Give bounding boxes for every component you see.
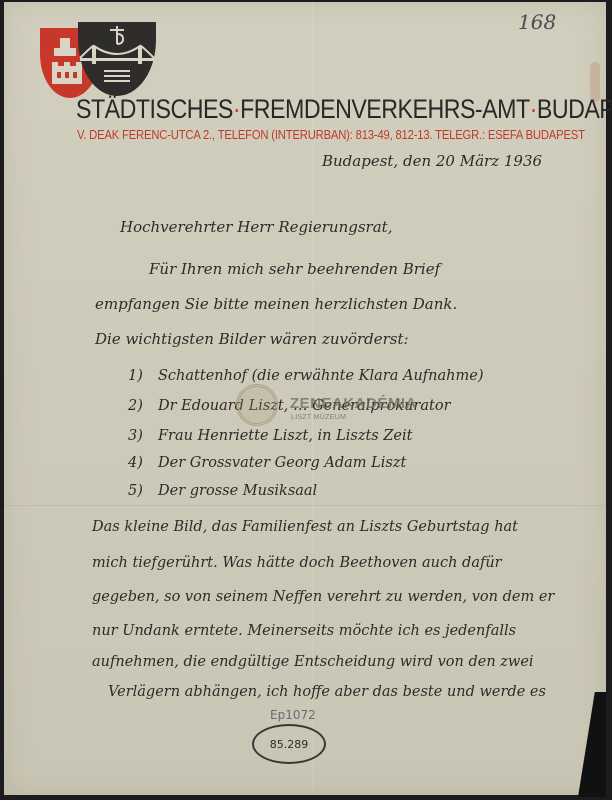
folio-number: 168: [518, 10, 556, 34]
list-item: 3)Frau Henriette Liszt, in Liszts Zeit: [128, 428, 412, 444]
torn-corner: [578, 692, 606, 797]
paragraph-line: Das kleine Bild, das Familienfest an Lis…: [92, 519, 518, 535]
paragraph-line: empfangen Sie bitte meinen herzlichsten …: [95, 295, 457, 313]
list-number: 2): [128, 398, 158, 414]
list-text: Der grosse Musiksaal: [158, 483, 317, 499]
list-item: 4)Der Grossvater Georg Adam Liszt: [128, 455, 406, 471]
watermark-title: ZENEAKADÉMIA: [290, 395, 417, 412]
list-item: 5)Der grosse Musiksaal: [128, 483, 317, 499]
letterhead-separator: ·: [233, 94, 240, 124]
list-number: 3): [128, 428, 158, 444]
archive-stamp-number: 85.289: [270, 738, 309, 751]
watermark-subtitle: LISZT MÚZEUM: [291, 414, 346, 421]
letterhead-separator: ·: [530, 94, 537, 124]
list-item: 1)Schattenhof (die erwähnte Klara Aufnah…: [128, 368, 483, 384]
paragraph-line: gegeben, so von seinem Neffen verehrt zu…: [92, 589, 554, 605]
letterhead-title-part: BUDAPEST: [537, 94, 612, 124]
date-line: Budapest, den 20 März 1936: [322, 152, 542, 170]
letterhead-address: V. DEAK FERENC-UTCA 2., TELEFON (INTERUR…: [77, 128, 585, 142]
budapest-coat-of-arms-icon: [40, 22, 158, 102]
archive-stamp: 85.289: [252, 724, 326, 764]
list-text: Frau Henriette Liszt, in Liszts Zeit: [158, 428, 412, 444]
paragraph-line: mich tiefgerührt. Was hätte doch Beethov…: [92, 555, 502, 571]
paragraph-line: Die wichtigsten Bilder wären zuvörderst:: [95, 330, 409, 348]
letterhead-title-part: FREMDENVERKEHRS-AMT: [240, 94, 529, 124]
paragraph-line: nur Undank erntete. Meinerseits möchte i…: [92, 623, 516, 639]
list-number: 1): [128, 368, 158, 384]
paragraph-line: Verlägern abhängen, ich hoffe aber das b…: [108, 684, 546, 700]
archive-pencil-note: Ep1072: [270, 708, 316, 722]
letter-page: 168: [4, 2, 606, 795]
letterhead-title: STÄDTISCHES·FREMDENVERKEHRS-AMT·BUDAPEST: [76, 94, 612, 125]
black-shield-bridge-icon: [78, 22, 156, 96]
paragraph-line: aufnehmen, die endgültige Entscheidung w…: [92, 654, 534, 670]
list-text: Der Grossvater Georg Adam Liszt: [158, 455, 406, 471]
list-number: 4): [128, 455, 158, 471]
paragraph-line: Für Ihren mich sehr beehrenden Brief: [149, 260, 440, 278]
list-number: 5): [128, 483, 158, 499]
liszt-museum-seal-icon: [236, 384, 278, 426]
salutation: Hochverehrter Herr Regierungsrat,: [120, 218, 392, 236]
letterhead-title-part: STÄDTISCHES: [76, 94, 233, 124]
paper-fold-horizontal: [4, 505, 606, 506]
list-text: Schattenhof (die erwähnte Klara Aufnahme…: [158, 368, 483, 384]
